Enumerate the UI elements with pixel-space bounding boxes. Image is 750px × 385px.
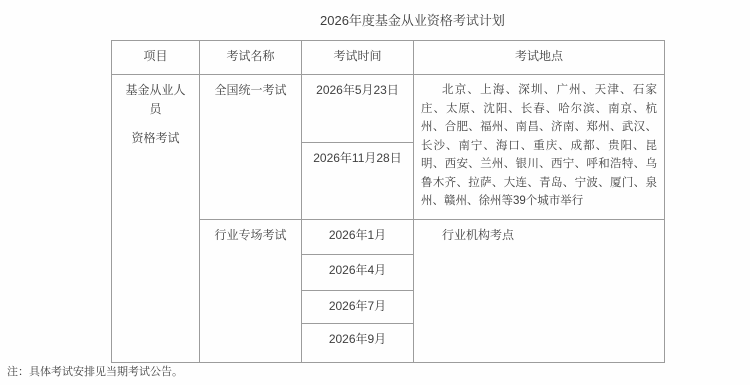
header-exam-name: 考试名称 [200,41,302,75]
cell-industry-date-2: 2026年4月 [302,255,414,291]
header-project: 项目 [112,41,200,75]
header-exam-location: 考试地点 [414,41,665,75]
cell-industry-date-4: 2026年9月 [302,324,414,363]
cell-national-date-2: 2026年11月28日 [302,143,414,220]
cell-industry-location: 行业机构考点 [414,220,665,363]
cell-project: 基金从业人员 资格考试 [112,75,200,363]
document-page: 2026年度基金从业资格考试计划 项目 考试名称 考试时间 考试地点 基金从业人… [0,0,750,385]
cell-industry-exam-name: 行业专场考试 [200,220,302,363]
header-exam-time: 考试时间 [302,41,414,75]
project-qualification-line: 资格考试 [122,129,189,148]
page-title: 2026年度基金从业资格考试计划 [320,14,505,28]
footnote: 注：具体考试安排见当期考试公告。 [7,366,183,379]
cell-industry-date-3: 2026年7月 [302,291,414,324]
exam-plan-table: 项目 考试名称 考试时间 考试地点 基金从业人员 资格考试 全国统一考试 202… [111,40,665,363]
table-row: 基金从业人员 资格考试 全国统一考试 2026年5月23日 北京、上海、深圳、广… [112,75,665,143]
cell-industry-date-1: 2026年1月 [302,220,414,255]
cell-national-location: 北京、上海、深圳、广州、天津、石家庄、太原、沈阳、长春、哈尔滨、南京、杭州、合肥… [414,75,665,220]
cell-national-exam-name: 全国统一考试 [200,75,302,220]
header-row: 项目 考试名称 考试时间 考试地点 [112,41,665,75]
project-name-line: 基金从业人员 [122,81,189,119]
cell-national-date-1: 2026年5月23日 [302,75,414,143]
